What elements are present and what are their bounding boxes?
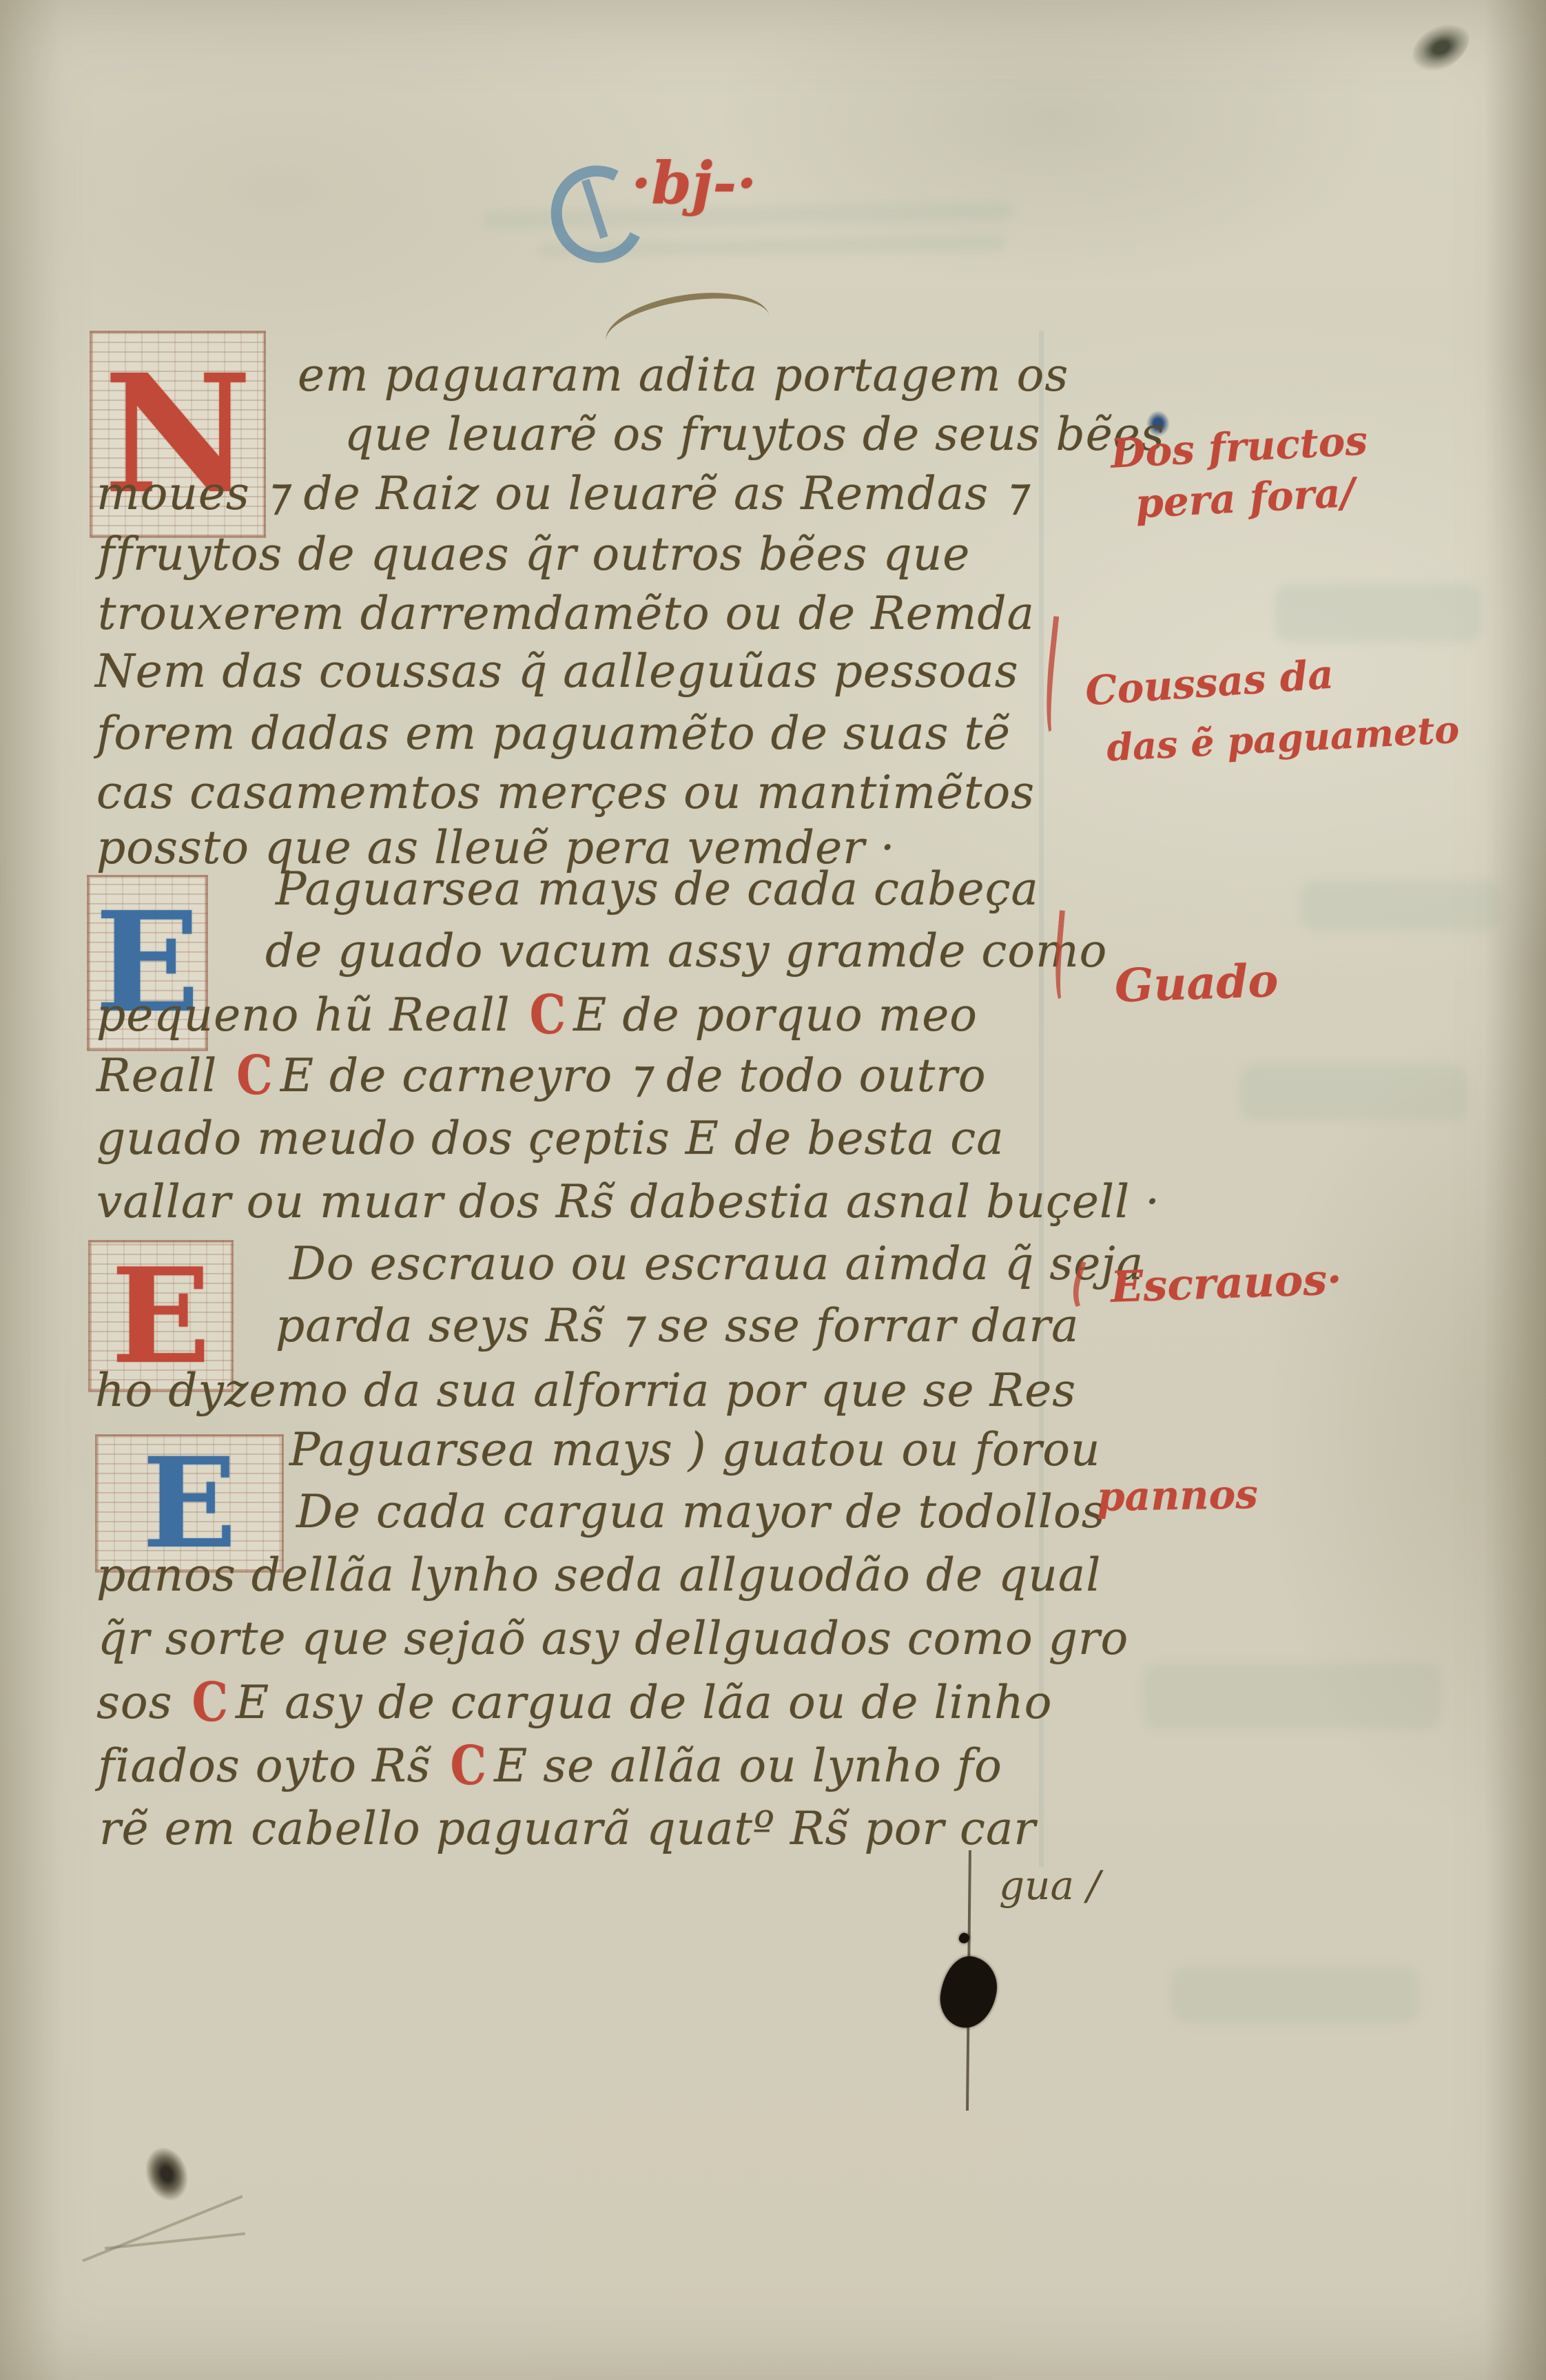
manuscript-page: ·bj-· N em paguaram adita portagem os qu… [0, 0, 1546, 2380]
parchment-crease [82, 2195, 243, 2262]
line-text: Paguarsea mays de cada cabeça [276, 862, 1039, 915]
paraph-mark-icon: C [451, 1739, 488, 1792]
line-text: Do escrauo ou escraua aimda q̃ seja [289, 1237, 1144, 1290]
line-text: Reall [96, 1049, 232, 1102]
line-text: q̃r sorte que sejaõ asy dellguados como … [98, 1612, 1128, 1665]
line-text: moues ⁊ de Raiz ou leuarẽ as Remdas ⁊ [96, 467, 1027, 520]
margin-note: pannos [1097, 1474, 1259, 1517]
text-line: de guado vacum assy gramde como [265, 929, 1107, 974]
text-line: pequeno hũ Reall CE de porquo meo [96, 992, 978, 1038]
bleedthrough-ghost [1275, 584, 1481, 642]
line-text: rẽ em cabello paguarã quatº Rs̃ por car [99, 1802, 1036, 1855]
text-line: Paguarsea mays ) guatou ou forou [289, 1427, 1101, 1473]
text-line: fiados oyto Rs̃ CE se allãa ou lynho fo [98, 1743, 1002, 1789]
text-line: q̃r sorte que sejaõ asy dellguados como … [98, 1616, 1128, 1662]
line-text: vallar ou muar dos Rs̃ dabestia asnal bu… [96, 1175, 1160, 1228]
line-text: De cada cargua mayor de todollos [296, 1485, 1106, 1538]
text-line: ho dyzemo da sua alforria por que se Res [95, 1368, 1076, 1414]
illuminated-initial-E: E [111, 1264, 211, 1369]
paraph-mark-icon: C [236, 1048, 274, 1102]
catchword: gua / [999, 1865, 1100, 1905]
margin-note: Dos fructos [1110, 420, 1368, 473]
text-line: Paguarsea mays de cada cabeça [276, 867, 1039, 912]
bleedthrough-ghost [1171, 1967, 1419, 2023]
text-line: guado meudo dos çeptis E de besta ca [96, 1116, 1004, 1161]
margin-note: Escrauos· [1110, 1258, 1343, 1309]
text-line: trouxerem darremdamẽto ou de Remda [98, 591, 1035, 637]
text-line: vallar ou muar dos Rs̃ dabestia asnal bu… [96, 1179, 1160, 1225]
line-text: pequeno hũ Reall [96, 989, 526, 1042]
line-text: ffruytos de quaes q̃r outros bẽes que [98, 528, 970, 581]
bleedthrough-ghost [1301, 880, 1501, 930]
text-line: que leuarẽ os fruytos de seus bẽes [344, 412, 1165, 457]
paraph-mark-icon: C [192, 1675, 229, 1729]
bleedthrough-ghost [1144, 1664, 1440, 1729]
text-line: Reall CE de carneyro ⁊ de todo outro [96, 1053, 987, 1099]
bleedthrough-ghost [1240, 1064, 1467, 1121]
text-line: rẽ em cabello paguarã quatº Rs̃ por car [99, 1806, 1036, 1852]
line-text: Paguarsea mays ) guatou ou forou [289, 1423, 1101, 1476]
text-line: moues ⁊ de Raiz ou leuarẽ as Remdas ⁊ [96, 471, 1027, 517]
margin-note: Guado [1114, 958, 1279, 1008]
text-line: De cada cargua mayor de todollos [296, 1489, 1106, 1535]
line-text: ho dyzemo da sua alforria por que se Res [95, 1364, 1076, 1417]
text-line: em paguaram adita portagem os [298, 353, 1069, 398]
text-line: Do escrauo ou escraua aimda q̃ seja [289, 1241, 1144, 1287]
rubric-flourish-icon [1041, 616, 1070, 738]
text-line: panos dellãa lynho seda allguodão de qua… [96, 1553, 1101, 1598]
text-line: parda seys Rs̃ ⁊ se sse forrar dara [276, 1303, 1079, 1349]
line-text: panos dellãa lynho seda allguodão de qua… [96, 1549, 1101, 1602]
line-text: E asy de cargua de lãa ou de linho [236, 1676, 1052, 1729]
text-line: ffruytos de quaes q̃r outros bẽes que [98, 532, 970, 577]
line-text: forem dadas em paguamẽto de suas tẽ [96, 707, 1011, 760]
text-line: cas casamemtos merçes ou mantimẽtos [96, 770, 1035, 816]
margin-note: Coussas da [1084, 654, 1334, 711]
margin-note: pera fora/ [1135, 473, 1356, 524]
illuminated-initial-E: E [142, 1454, 236, 1553]
line-text: fiados oyto Rs̃ [98, 1739, 446, 1792]
text-line: sos CE asy de cargua de lãa ou de linho [96, 1679, 1052, 1726]
parchment-hole [138, 2142, 195, 2207]
corner-smudge [1403, 15, 1478, 80]
line-text: Nem das coussas q̃ aalleguũas pessoas [95, 645, 1019, 698]
line-text: trouxerem darremdamẽto ou de Remda [98, 587, 1035, 640]
text-line: forem dadas em paguamẽto de suas tẽ [96, 711, 1011, 756]
line-text: cas casamemtos merçes ou mantimẽtos [96, 766, 1035, 819]
line-text: E de porquo meo [573, 989, 978, 1042]
line-text: em paguaram adita portagem os [298, 349, 1069, 402]
line-text: E se allãa ou lynho fo [494, 1739, 1002, 1792]
margin-note: das ẽ paguameto [1106, 711, 1460, 767]
line-text: sos [96, 1676, 187, 1729]
line-text: guado meudo dos çeptis E de besta ca [96, 1112, 1004, 1165]
text-line: Nem das coussas q̃ aalleguũas pessoas [95, 649, 1019, 694]
line-text: que leuarẽ os fruytos de seus bẽes [344, 408, 1165, 461]
folio-number: ·bj-· [631, 154, 756, 212]
paraph-mark-icon: C [530, 988, 567, 1042]
line-text: E de carneyro ⁊ de todo outro [280, 1049, 987, 1102]
line-text: de guado vacum assy gramde como [265, 924, 1107, 977]
line-text: parda seys Rs̃ ⁊ se sse forrar dara [276, 1299, 1079, 1352]
ink-blot [936, 1953, 1001, 2031]
